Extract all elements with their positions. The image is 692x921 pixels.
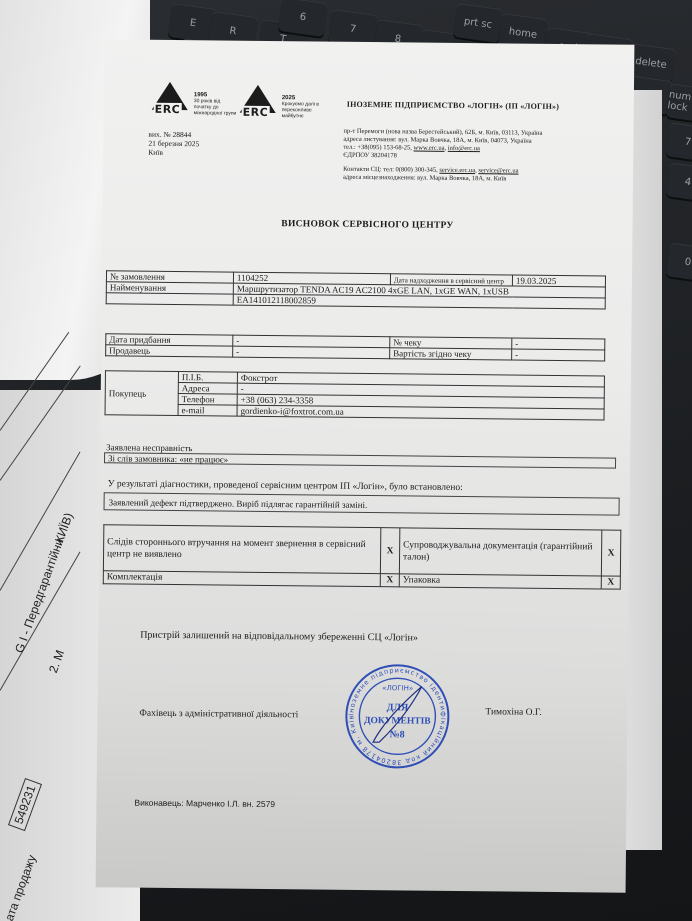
slip-text: ата продажу — [2, 853, 39, 921]
company-stamp-icon: Іноземне підприємство ідентифікаційний к… — [343, 662, 452, 771]
packaging-text: Упаковка — [399, 574, 601, 589]
buyer-field-label: П.І.Б. — [178, 372, 237, 384]
buyer-field-label: Телефон — [178, 394, 237, 406]
svg-text:№8: №8 — [390, 729, 405, 740]
packaging-mark: X — [601, 576, 620, 589]
key: 6 — [278, 0, 328, 37]
purchase-table: Дата придбання - № чеку - Продавець - Ва… — [105, 333, 605, 361]
buyer-label: Покупець — [105, 371, 178, 416]
documentation-text: Супроводжувальна документація (гарантійн… — [399, 528, 601, 576]
receipt-label: № чеку — [390, 337, 512, 349]
seller-label: Продавець — [106, 345, 233, 357]
seller-value: - — [233, 346, 390, 359]
outgoing-city: Київ — [148, 148, 199, 158]
sc-location: адреса місцезнаходження: вул. Марка Вовч… — [343, 174, 583, 185]
buyer-field-label: Адреса — [178, 383, 237, 395]
key: 4 — [666, 162, 692, 201]
website-link[interactable]: www.erc.ua — [414, 144, 445, 151]
slip-text: 2. М — [46, 648, 67, 675]
key: prt sc — [453, 3, 503, 43]
logo-caption: Крокуємо далі в переконливе майбутнє — [282, 101, 326, 119]
order-table: № замовлення 1104252 Дата надходження в … — [106, 270, 606, 309]
svg-text:«ЛОГІН»: «ЛОГІН» — [382, 684, 413, 692]
buyer-table: Покупець П.І.Б. Фокстрот Адреса - Телефо… — [105, 370, 605, 420]
svg-text:ДОКУМЕНТІВ: ДОКУМЕНТІВ — [364, 716, 431, 727]
logo-2025: ERC 2025 Крокуємо далі в переконливе май… — [240, 85, 326, 120]
no-tampering-mark: X — [380, 528, 399, 574]
key: 7 — [666, 122, 692, 161]
name-label: Найменування — [106, 282, 233, 294]
service-conclusion-document: ERC 1995 30 років від початку до міжнаро… — [96, 39, 635, 893]
serial-label — [106, 293, 233, 305]
no-tampering-text: Слідів стороннього втручання на момент з… — [103, 525, 380, 574]
received-date: 19.03.2025 — [512, 275, 605, 287]
document-title: ВИСНОВОК СЕРВІСНОГО ЦЕНТРУ — [102, 217, 632, 233]
completeness-text: Комплектація — [103, 571, 380, 587]
logo-1995: ERC 1995 30 років від початку до міжнаро… — [152, 82, 238, 117]
erc-logo-icon: ERC — [240, 85, 278, 119]
cost-value: - — [512, 349, 605, 361]
company-name: ІНОЗЕМНЕ ПІДПРИЄМСТВО «ЛОГІН» (ІП «ЛОГІН… — [347, 100, 559, 111]
logo-caption: 30 років від початку до міжнародної груп… — [194, 98, 238, 116]
fault-value: Зі слів замовника: «не працює» — [104, 452, 616, 468]
documentation-mark: X — [601, 530, 620, 576]
key: 0 — [666, 242, 692, 281]
sc-site-link[interactable]: service.erc.ua — [439, 167, 475, 174]
checklist-table: Слідів стороннього втручання на момент з… — [103, 524, 622, 589]
completeness-mark: X — [380, 574, 399, 587]
erc-logo-icon: ERC — [152, 82, 190, 116]
slip-number-box: 549231 — [8, 778, 42, 831]
specialist-name: Тимохіна О.Г. — [485, 707, 541, 718]
order-label: № замовлення — [106, 271, 233, 283]
buyer-field-label: e-mail — [178, 405, 237, 417]
email-link[interactable]: info@erc.ua — [448, 145, 480, 152]
company-address-block: пр-т Перемоги (нова назва Берестейський)… — [343, 128, 584, 185]
diagnosis-label: У результаті діагностики, проведеної сер… — [108, 479, 463, 493]
storage-note: Пристрій залишений на відповідальному зб… — [140, 630, 418, 644]
outgoing-info: вих. № 28844 21 березня 2025 Київ — [148, 130, 199, 158]
specialist-position: Фахівець з адміністративної діяльності — [139, 709, 298, 721]
received-label: Дата надходження в сервісний центр — [390, 274, 512, 286]
purchase-date-label: Дата придбання — [106, 334, 233, 346]
sc-email-link[interactable]: service@erc.ua — [478, 167, 518, 174]
svg-text:Іноземне підприємство ідентифі: Іноземне підприємство ідентифікаційний к… — [343, 662, 448, 767]
executor: Виконавець: Марченко І.Л. вн. 2579 — [134, 798, 275, 809]
cost-label: Вартість згідно чеку — [390, 348, 512, 360]
diagnosis-value: Заявлений дефект підтверджено. Виріб під… — [104, 492, 620, 515]
key: num lock — [666, 83, 692, 122]
